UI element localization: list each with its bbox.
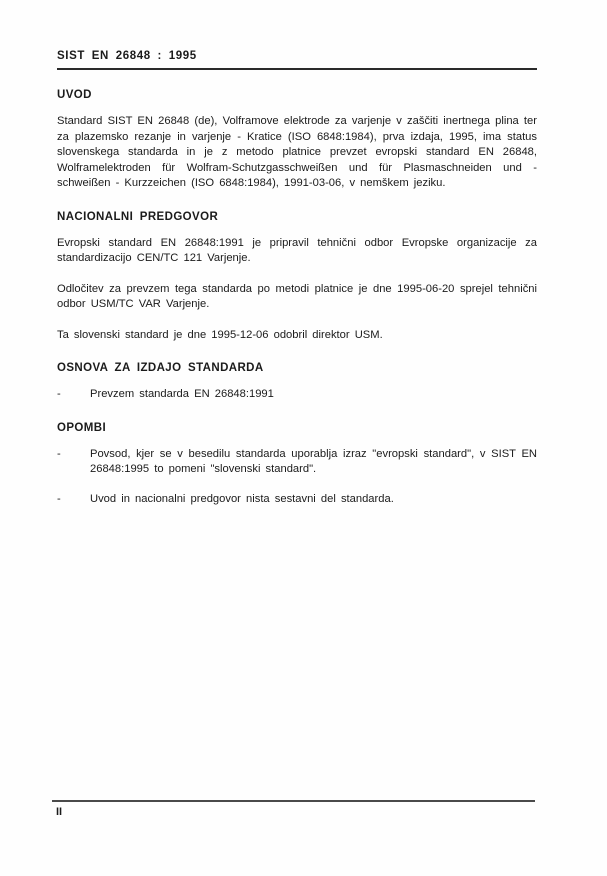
list-item: - Uvod in nacionalni predgovor nista ses… bbox=[57, 492, 537, 508]
page-content: SIST EN 26848 : 1995 UVOD Standard SIST … bbox=[57, 50, 537, 521]
section-heading-nacionalni-predgovor: NACIONALNI PREDGOVOR bbox=[57, 211, 537, 223]
page-footer: II bbox=[52, 800, 535, 818]
list-item: - Prevzem standarda EN 26848:1991 bbox=[57, 387, 537, 403]
document-page: SIST EN 26848 : 1995 UVOD Standard SIST … bbox=[0, 0, 607, 876]
list-dash-marker: - bbox=[57, 447, 61, 463]
nacionalni-predgovor-paragraph-1: Evropski standard EN 26848:1991 je pripr… bbox=[57, 236, 537, 267]
header-rule bbox=[57, 68, 537, 70]
list-dash-marker: - bbox=[57, 387, 61, 403]
footer-rule bbox=[52, 800, 535, 802]
nacionalni-predgovor-paragraph-3: Ta slovenski standard je dne 1995-12-06 … bbox=[57, 328, 537, 344]
section-heading-uvod: UVOD bbox=[57, 89, 537, 101]
document-header-title: SIST EN 26848 : 1995 bbox=[57, 50, 537, 62]
section-heading-osnova: OSNOVA ZA IZDAJO STANDARDA bbox=[57, 362, 537, 374]
list-item-text: Prevzem standarda EN 26848:1991 bbox=[90, 388, 274, 400]
nacionalni-predgovor-paragraph-2: Odločitev za prevzem tega standarda po m… bbox=[57, 282, 537, 313]
list-dash-marker: - bbox=[57, 492, 61, 508]
uvod-paragraph: Standard SIST EN 26848 (de), Volframove … bbox=[57, 114, 537, 192]
section-heading-opombi: OPOMBI bbox=[57, 422, 537, 434]
list-item: - Povsod, kjer se v besedilu standarda u… bbox=[57, 447, 537, 478]
page-number: II bbox=[56, 806, 535, 818]
list-item-text: Uvod in nacionalni predgovor nista sesta… bbox=[90, 493, 394, 505]
list-item-text: Povsod, kjer se v besedilu standarda upo… bbox=[90, 448, 537, 476]
